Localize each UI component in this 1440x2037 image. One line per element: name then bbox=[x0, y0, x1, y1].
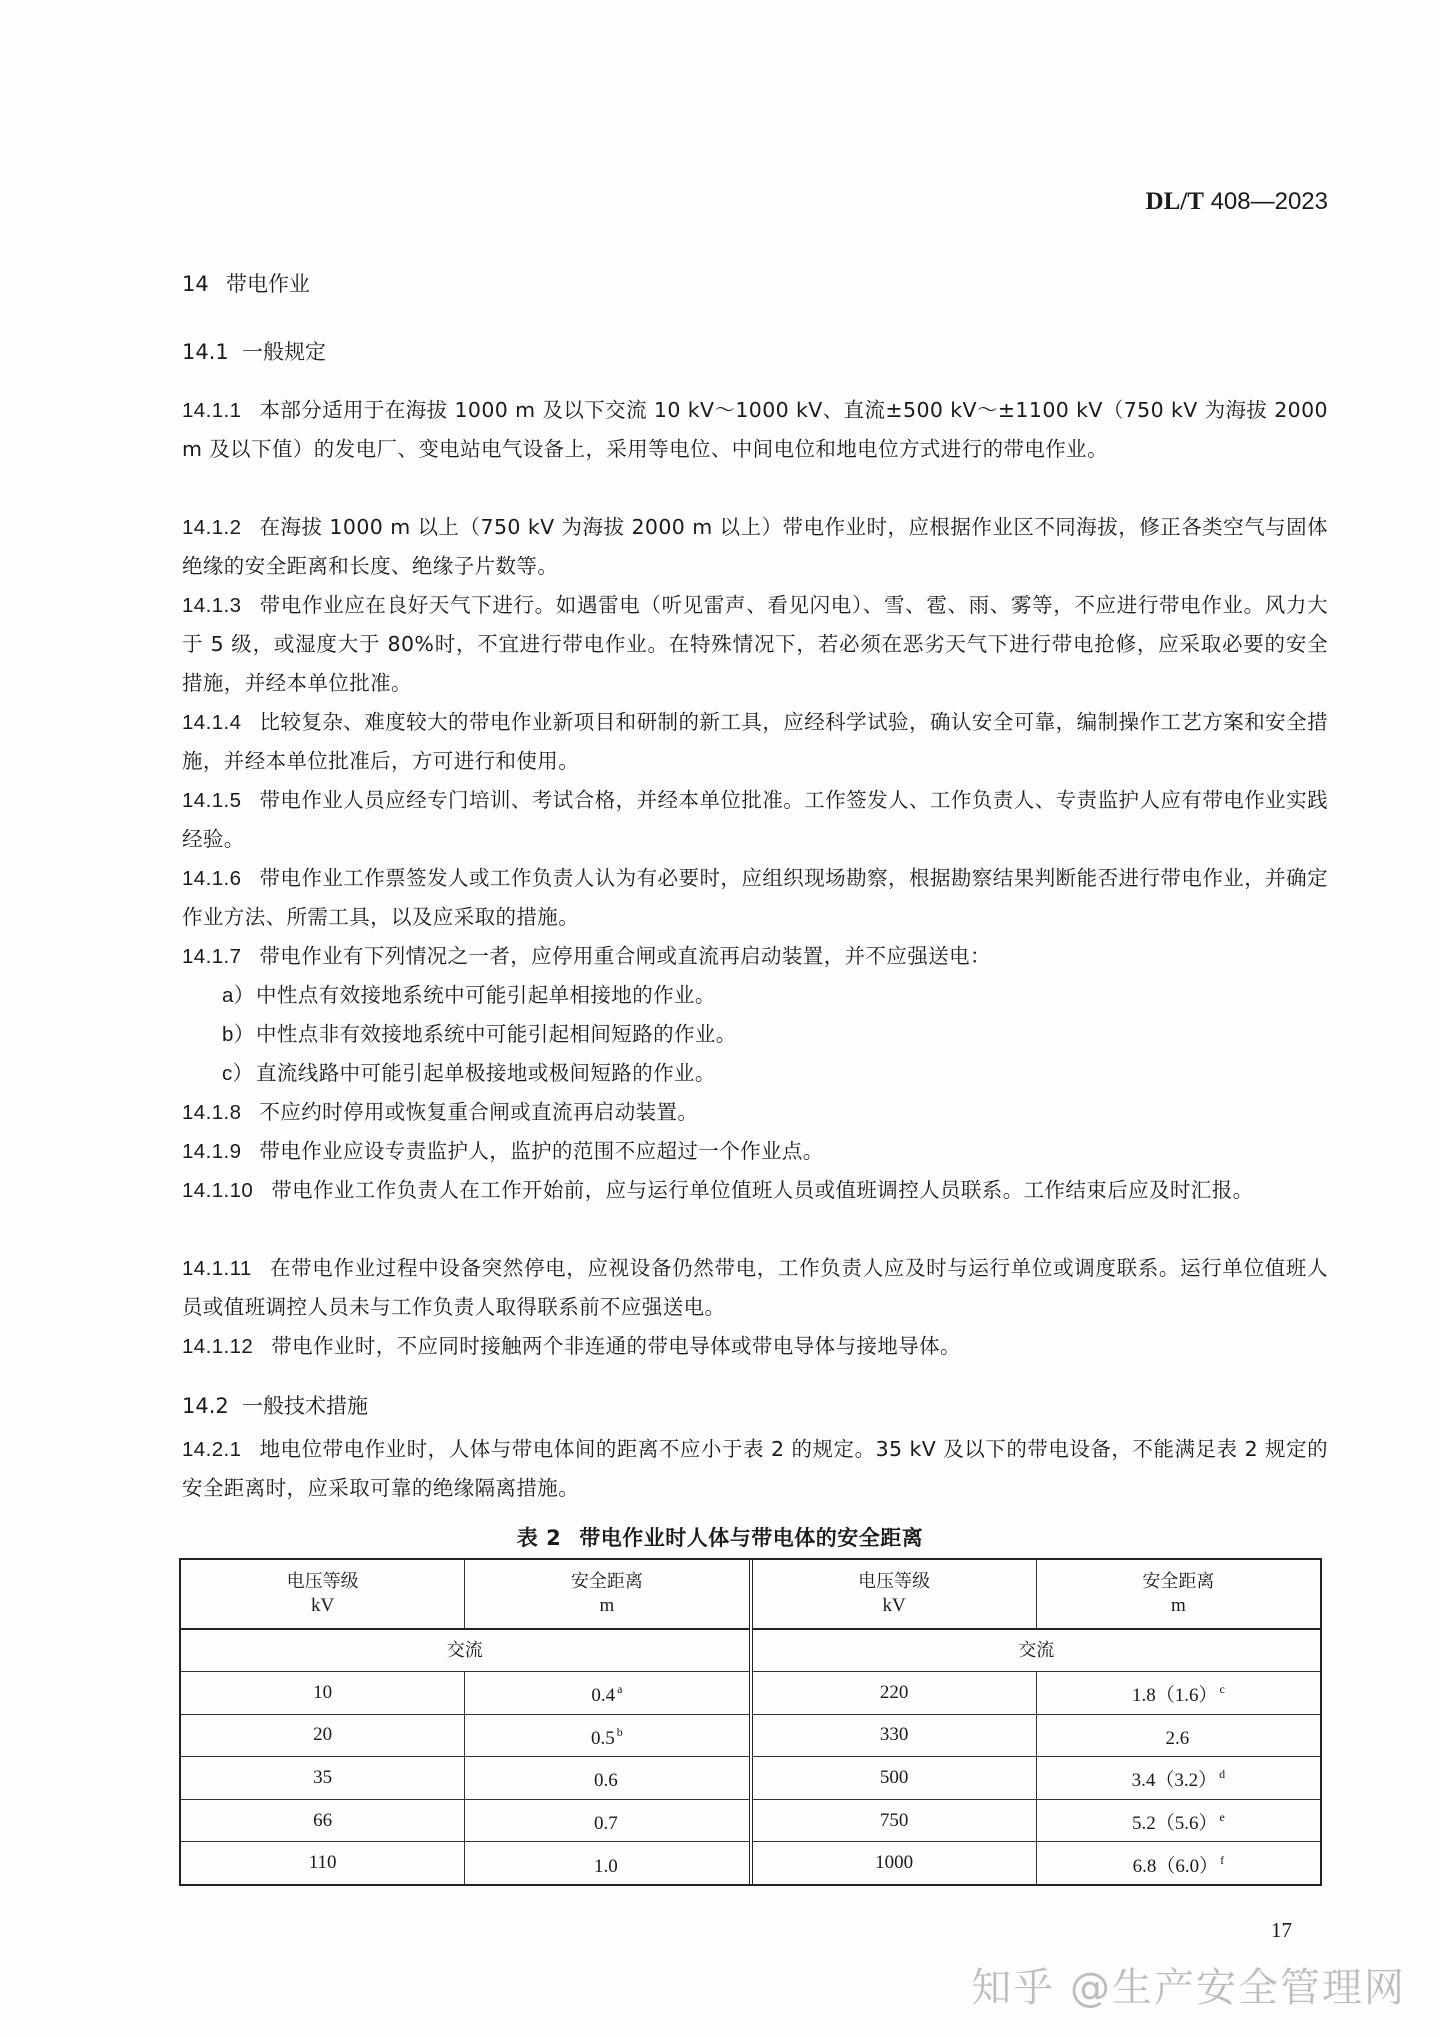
footnote-marker: a bbox=[617, 1682, 622, 1696]
header-label: 电压等级 bbox=[287, 1570, 359, 1594]
clause-14-1-9: 14.1.9带电作业应设专责监护人，监护的范围不应超过一个作业点。 bbox=[182, 1132, 1328, 1171]
clause-text: 带电作业时，不应同时接触两个非连通的带电导体或带电导体与接地导体。 bbox=[271, 1334, 961, 1358]
clause-text: 比较复杂、难度较大的带电作业新项目和研制的新工具，应经科学试验，确认安全可靠，编… bbox=[182, 710, 1328, 773]
section-heading-14-1: 14.1一般规定 bbox=[182, 336, 326, 366]
header-label: 电压等级 bbox=[858, 1570, 930, 1594]
distance-value: 6.8（6.0） bbox=[1133, 1856, 1219, 1877]
header-unit: m bbox=[1171, 1594, 1186, 1618]
list-marker: a） bbox=[222, 976, 256, 1015]
table-group-row: 交流 bbox=[753, 1630, 1321, 1672]
section-heading-14: 14带电作业 bbox=[182, 268, 310, 298]
clause-text: 在带电作业过程中设备突然停电，应视设备仍然带电，工作负责人应及时与运行单位或调度… bbox=[182, 1256, 1328, 1319]
distance-cell: 5.2（5.6）e bbox=[1036, 1800, 1320, 1842]
clause-14-1-7: 14.1.7带电作业有下列情况之一者，应停用重合闸或直流再启动装置，并不应强送电… bbox=[182, 937, 1328, 976]
table-row: 35 0.6 bbox=[181, 1757, 749, 1800]
group-cell: 交流 bbox=[181, 1630, 749, 1671]
section-number: 14.1 bbox=[182, 340, 242, 364]
group-cell: 交流 bbox=[753, 1630, 1321, 1671]
voltage-cell: 10 bbox=[181, 1672, 464, 1714]
clause-number: 14.1.8 bbox=[182, 1093, 241, 1132]
voltage-cell: 20 bbox=[181, 1715, 464, 1757]
safety-distance-table: 电压等级kV 安全距离m 交流 10 0.4a 20 0.5b 35 0.6 6… bbox=[179, 1558, 1322, 1886]
clause-14-1-12: 14.1.12带电作业时，不应同时接触两个非连通的带电导体或带电导体与接地导体。 bbox=[182, 1327, 1328, 1366]
voltage-cell: 66 bbox=[181, 1800, 464, 1842]
table-header-row: 电压等级kV 安全距离m bbox=[181, 1560, 749, 1630]
distance-cell: 0.6 bbox=[464, 1757, 748, 1799]
section-number: 14 bbox=[182, 272, 226, 296]
clause-text: 带电作业有下列情况之一者，应停用重合闸或直流再启动装置，并不应强送电： bbox=[259, 944, 991, 968]
table-row: 330 2.6 bbox=[753, 1715, 1321, 1758]
header-label: 安全距离 bbox=[571, 1570, 643, 1594]
footnote-marker: c bbox=[1219, 1682, 1224, 1696]
clause-text: 带电作业人员应经专门培训、考试合格，并经本单位批准。工作签发人、工作负责人、专责… bbox=[182, 788, 1328, 851]
table-title: 带电作业时人体与带电体的安全距离 bbox=[579, 1526, 923, 1550]
list-item-a: a）中性点有效接地系统中可能引起单相接地的作业。 bbox=[222, 976, 716, 1015]
section-title: 一般技术措施 bbox=[242, 1394, 368, 1418]
voltage-cell: 220 bbox=[753, 1672, 1036, 1714]
distance-cell: 0.4a bbox=[464, 1672, 748, 1714]
clause-14-1-3: 14.1.3带电作业应在良好天气下进行。如遇雷电（听见雷声、看见闪电）、雪、雹、… bbox=[182, 586, 1328, 703]
voltage-cell: 500 bbox=[753, 1757, 1036, 1799]
header-cell-distance: 安全距离m bbox=[464, 1560, 748, 1628]
section-heading-14-2: 14.2一般技术措施 bbox=[182, 1390, 368, 1420]
clause-number: 14.1.2 bbox=[182, 508, 241, 547]
distance-value: 0.6 bbox=[594, 1770, 618, 1791]
header-unit: m bbox=[599, 1594, 614, 1618]
clause-text: 带电作业工作票签发人或工作负责人认为有必要时，应组织现场勘察，根据勘察结果判断能… bbox=[182, 866, 1328, 929]
clause-number: 14.1.1 bbox=[182, 391, 241, 430]
distance-value: 3.4（3.2） bbox=[1132, 1770, 1218, 1791]
list-marker: c） bbox=[222, 1054, 256, 1093]
distance-cell: 0.5b bbox=[464, 1715, 748, 1757]
clause-14-1-1: 14.1.1本部分适用于在海拔 1000 m 及以下交流 10 kV～1000 … bbox=[182, 391, 1328, 469]
voltage-cell: 1000 bbox=[753, 1842, 1036, 1884]
clause-14-1-2: 14.1.2在海拔 1000 m 以上（750 kV 为海拔 2000 m 以上… bbox=[182, 508, 1328, 586]
clause-number: 14.1.10 bbox=[182, 1171, 253, 1210]
voltage-cell: 330 bbox=[753, 1715, 1036, 1757]
distance-cell: 0.7 bbox=[464, 1800, 748, 1842]
distance-cell: 3.4（3.2）d bbox=[1036, 1757, 1320, 1799]
clause-14-1-11: 14.1.11在带电作业过程中设备突然停电，应视设备仍然带电，工作负责人应及时与… bbox=[182, 1249, 1328, 1327]
voltage-cell: 750 bbox=[753, 1800, 1036, 1842]
clause-14-2-1: 14.2.1地电位带电作业时，人体与带电体间的距离不应小于表 2 的规定。35 … bbox=[182, 1430, 1328, 1508]
table-row: 750 5.2（5.6）e bbox=[753, 1800, 1321, 1843]
distance-value: 0.7 bbox=[594, 1813, 618, 1834]
list-marker: b） bbox=[222, 1015, 256, 1054]
list-text: 中性点有效接地系统中可能引起单相接地的作业。 bbox=[256, 983, 716, 1007]
distance-value: 0.4 bbox=[591, 1685, 615, 1706]
footnote-marker: f bbox=[1220, 1853, 1224, 1867]
section-title: 带电作业 bbox=[226, 272, 310, 296]
list-item-c: c）直流线路中可能引起单极接地或极间短路的作业。 bbox=[222, 1054, 716, 1093]
clause-number: 14.1.7 bbox=[182, 937, 241, 976]
clause-14-1-8: 14.1.8不应约时停用或恢复重合闸或直流再启动装置。 bbox=[182, 1093, 1328, 1132]
clause-text: 在海拔 1000 m 以上（750 kV 为海拔 2000 m 以上）带电作业时… bbox=[182, 515, 1328, 578]
table-row: 220 1.8（1.6）c bbox=[753, 1672, 1321, 1715]
voltage-cell: 35 bbox=[181, 1757, 464, 1799]
distance-value: 1.0 bbox=[594, 1856, 618, 1877]
header-label: 安全距离 bbox=[1142, 1570, 1214, 1594]
table-left-half: 电压等级kV 安全距离m 交流 10 0.4a 20 0.5b 35 0.6 6… bbox=[181, 1560, 753, 1884]
clause-text: 不应约时停用或恢复重合闸或直流再启动装置。 bbox=[259, 1100, 698, 1124]
clause-number: 14.2.1 bbox=[182, 1430, 241, 1469]
header-unit: kV bbox=[883, 1594, 906, 1618]
distance-value: 5.2（5.6） bbox=[1132, 1813, 1218, 1834]
table-row: 10 0.4a bbox=[181, 1672, 749, 1715]
clause-number: 14.1.11 bbox=[182, 1249, 252, 1288]
list-text: 直流线路中可能引起单极接地或极间短路的作业。 bbox=[256, 1061, 716, 1085]
clause-number: 14.1.5 bbox=[182, 781, 241, 820]
clause-text: 带电作业应设专责监护人，监护的范围不应超过一个作业点。 bbox=[259, 1139, 823, 1163]
clause-14-1-6: 14.1.6带电作业工作票签发人或工作负责人认为有必要时，应组织现场勘察，根据勘… bbox=[182, 859, 1328, 937]
table-row: 110 1.0 bbox=[181, 1842, 749, 1884]
clause-number: 14.1.4 bbox=[182, 703, 241, 742]
distance-value: 0.5 bbox=[591, 1728, 615, 1749]
clause-14-1-10: 14.1.10带电作业工作负责人在工作开始前，应与运行单位值班人员或值班调控人员… bbox=[182, 1171, 1328, 1210]
clause-number: 14.1.3 bbox=[182, 586, 241, 625]
standard-number: 408—2023 bbox=[1211, 188, 1328, 215]
clause-14-1-4: 14.1.4比较复杂、难度较大的带电作业新项目和研制的新工具，应经科学试验，确认… bbox=[182, 703, 1328, 781]
clause-number: 14.1.12 bbox=[182, 1327, 253, 1366]
distance-cell: 1.0 bbox=[464, 1842, 748, 1884]
clause-text: 本部分适用于在海拔 1000 m 及以下交流 10 kV～1000 kV、直流±… bbox=[182, 398, 1328, 461]
header-cell-voltage: 电压等级kV bbox=[181, 1560, 464, 1628]
clause-text: 带电作业工作负责人在工作开始前，应与运行单位值班人员或值班调控人员联系。工作结束… bbox=[271, 1178, 1253, 1202]
list-text: 中性点非有效接地系统中可能引起相间短路的作业。 bbox=[256, 1022, 737, 1046]
table-row: 66 0.7 bbox=[181, 1800, 749, 1843]
standard-prefix: DL/T bbox=[1146, 188, 1204, 215]
voltage-cell: 110 bbox=[181, 1842, 464, 1884]
page-number: 17 bbox=[1271, 1918, 1292, 1943]
list-item-b: b）中性点非有效接地系统中可能引起相间短路的作业。 bbox=[222, 1015, 737, 1054]
table-row: 20 0.5b bbox=[181, 1715, 749, 1758]
footnote-marker: d bbox=[1219, 1767, 1225, 1781]
header-cell-distance: 安全距离m bbox=[1036, 1560, 1320, 1628]
clause-14-1-5: 14.1.5带电作业人员应经专门培训、考试合格，并经本单位批准。工作签发人、工作… bbox=[182, 781, 1328, 859]
clause-number: 14.1.6 bbox=[182, 859, 241, 898]
footnote-marker: b bbox=[617, 1725, 623, 1739]
section-number: 14.2 bbox=[182, 1394, 242, 1418]
distance-cell: 1.8（1.6）c bbox=[1036, 1672, 1320, 1714]
table-group-row: 交流 bbox=[181, 1630, 749, 1672]
header-unit: kV bbox=[311, 1594, 334, 1618]
distance-value: 2.6 bbox=[1166, 1728, 1190, 1749]
header-cell-voltage: 电压等级kV bbox=[753, 1560, 1036, 1628]
watermark: 知乎 @生产安全管理网 bbox=[971, 1956, 1406, 2013]
footnote-marker: e bbox=[1219, 1810, 1224, 1824]
table-right-half: 电压等级kV 安全距离m 交流 220 1.8（1.6）c 330 2.6 50… bbox=[753, 1560, 1321, 1884]
distance-value: 1.8（1.6） bbox=[1132, 1685, 1218, 1706]
distance-cell: 6.8（6.0）f bbox=[1036, 1842, 1320, 1884]
standard-code: DL/T 408—2023 bbox=[1146, 188, 1328, 216]
section-title: 一般规定 bbox=[242, 340, 326, 364]
table-header-row: 电压等级kV 安全距离m bbox=[753, 1560, 1321, 1630]
distance-cell: 2.6 bbox=[1036, 1715, 1320, 1757]
table-number: 表 2 bbox=[517, 1526, 561, 1550]
table-row: 1000 6.8（6.0）f bbox=[753, 1842, 1321, 1884]
table-caption: 表 2带电作业时人体与带电体的安全距离 bbox=[0, 1522, 1440, 1552]
clause-text: 带电作业应在良好天气下进行。如遇雷电（听见雷声、看见闪电）、雪、雹、雨、雾等，不… bbox=[182, 593, 1328, 695]
clause-number: 14.1.9 bbox=[182, 1132, 241, 1171]
table-row: 500 3.4（3.2）d bbox=[753, 1757, 1321, 1800]
clause-text: 地电位带电作业时，人体与带电体间的距离不应小于表 2 的规定。35 kV 及以下… bbox=[182, 1437, 1328, 1500]
